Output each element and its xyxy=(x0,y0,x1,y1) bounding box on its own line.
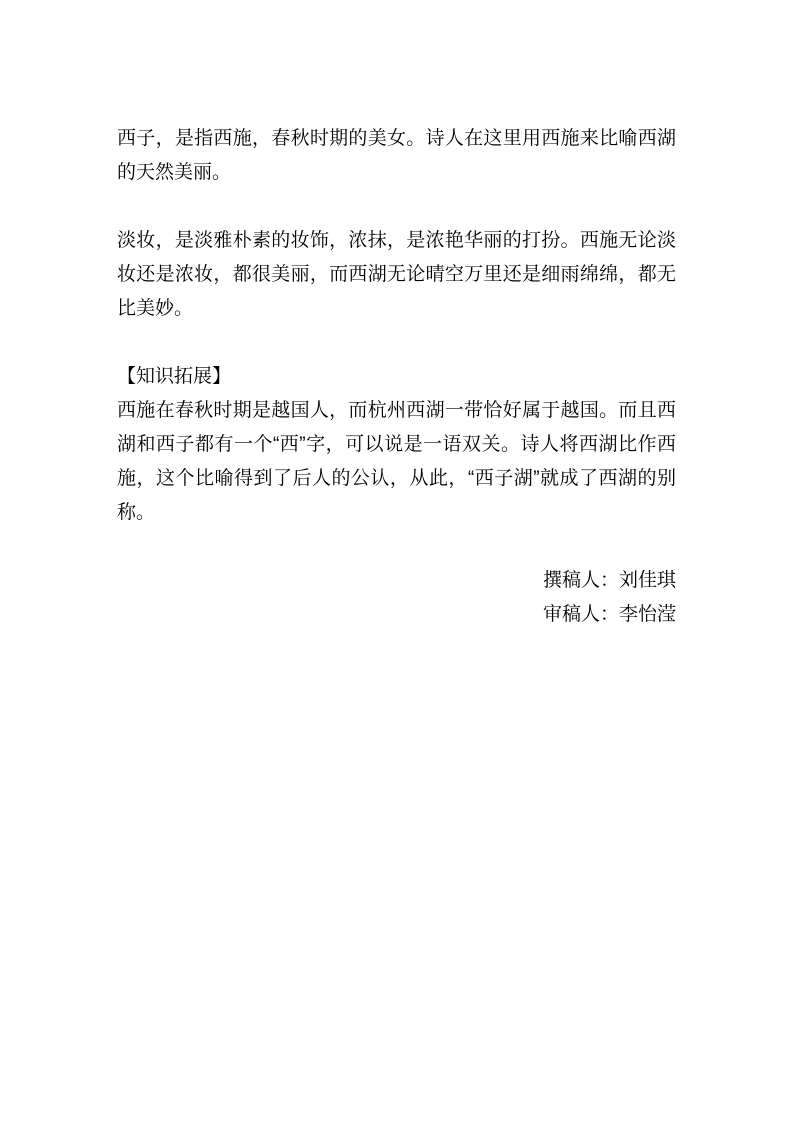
paragraph-knowledge-expansion-body: 西施在春秋时期是越国人，而杭州西湖一带恰好属于越国。而且西湖和西子都有一个“西”… xyxy=(117,394,676,530)
paragraph-xizi-explanation: 西子，是指西施，春秋时期的美女。诗人在这里用西施来比喻西湖的天然美丽。 xyxy=(117,122,676,190)
reviewer-line: 审稿人：李怡滢 xyxy=(117,598,676,632)
author-line: 撰稿人：刘佳琪 xyxy=(117,564,676,598)
signature-block: 撰稿人：刘佳琪 审稿人：李怡滢 xyxy=(117,564,676,632)
paragraph-makeup-explanation: 淡妆，是淡雅朴素的妆饰，浓抹，是浓艳华丽的打扮。西施无论淡妆还是浓妆，都很美丽，… xyxy=(117,224,676,326)
document-page: 西子，是指西施，春秋时期的美女。诗人在这里用西施来比喻西湖的天然美丽。 淡妆，是… xyxy=(0,0,794,1123)
document-content: 西子，是指西施，春秋时期的美女。诗人在这里用西施来比喻西湖的天然美丽。 淡妆，是… xyxy=(0,0,794,632)
section-heading-knowledge-expansion: 【知识拓展】 xyxy=(117,360,676,394)
